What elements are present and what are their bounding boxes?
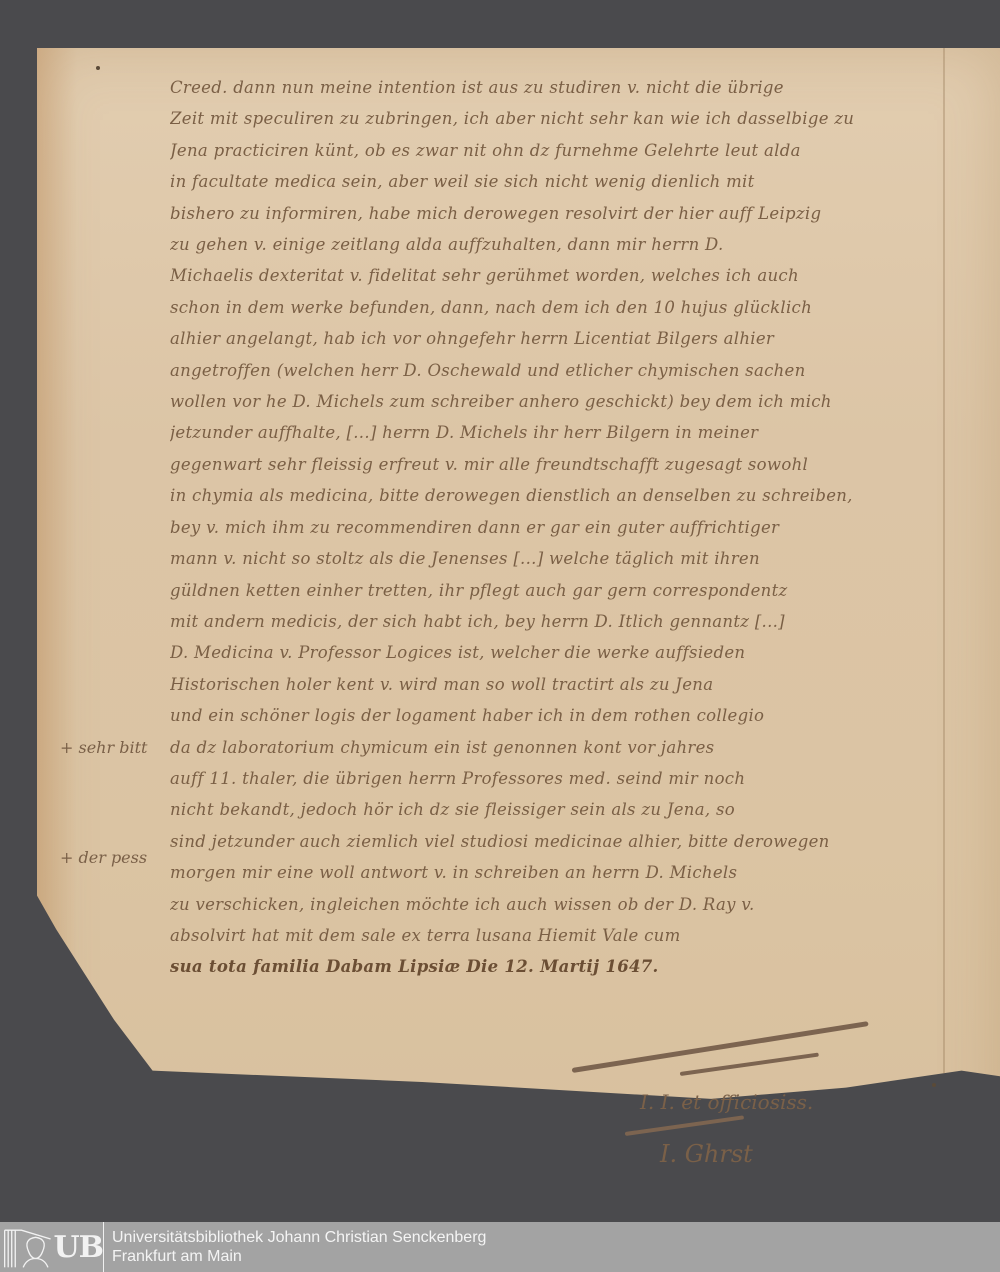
text-line: bishero zu informiren, habe mich deroweg…	[170, 198, 945, 229]
text-line: mit andern medicis, der sich habt ich, b…	[170, 606, 945, 637]
date-line: sua tota familia Dabam Lipsiæ Die 12. Ma…	[170, 951, 945, 982]
manuscript-text: Creed. dann nun meine intention ist aus …	[170, 72, 945, 983]
text-line: Zeit mit speculiren zu zubringen, ich ab…	[170, 103, 945, 134]
text-line: alhier angelangt, hab ich vor ohngefehr …	[170, 323, 945, 354]
text-line: angetroffen (welchen herr D. Oschewald u…	[170, 355, 945, 386]
text-line: sind jetzunder auch ziemlich viel studio…	[170, 826, 945, 857]
margin-note: + sehr bitt	[60, 738, 147, 757]
text-line: da dz laboratorium chymicum ein ist geno…	[170, 732, 945, 763]
text-line: Jena practiciren künt, ob es zwar nit oh…	[170, 135, 945, 166]
text-line: gegenwart sehr fleissig erfreut v. mir a…	[170, 449, 945, 480]
footer-bar: UB Universitätsbibliothek Johann Christi…	[0, 1222, 1000, 1272]
signature-line-1: I. I. et officiosiss.	[640, 1090, 813, 1114]
text-line: wollen vor he D. Michels zum schreiber a…	[170, 386, 945, 417]
text-line: in chymia als medicina, bitte derowegen …	[170, 480, 945, 511]
text-line: zu verschicken, ingleichen möchte ich au…	[170, 889, 945, 920]
text-line: morgen mir eine woll antwort v. in schre…	[170, 857, 945, 888]
text-line: schon in dem werke befunden, dann, nach …	[170, 292, 945, 323]
logo-text: UB	[53, 1230, 103, 1265]
text-line: güldnen ketten einher tretten, ihr pfleg…	[170, 575, 945, 606]
text-line: Creed. dann nun meine intention ist aus …	[170, 72, 945, 103]
text-line: auff 11. thaler, die übrigen herrn Profe…	[170, 763, 945, 794]
institution-line-1: Universitätsbibliothek Johann Christian …	[112, 1228, 486, 1247]
text-line: Michaelis dexteritat v. fidelitat sehr g…	[170, 260, 945, 291]
text-line: nicht bekandt, jedoch hör ich dz sie fle…	[170, 794, 945, 825]
signature-line-2: I. Ghrst	[660, 1140, 753, 1168]
ink-dot	[96, 66, 100, 70]
margin-note: + der pess	[60, 848, 147, 867]
text-line: mann v. nicht so stoltz als die Jenenses…	[170, 543, 945, 574]
text-line: und ein schöner logis der logament haber…	[170, 700, 945, 731]
portrait-icon	[2, 1224, 51, 1270]
text-line: jetzunder auffhalte, [...] herrn D. Mich…	[170, 417, 945, 448]
ink-dot	[932, 1083, 936, 1087]
institution-name: Universitätsbibliothek Johann Christian …	[112, 1228, 486, 1266]
paper-stain	[37, 48, 77, 1178]
text-line: in facultate medica sein, aber weil sie …	[170, 166, 945, 197]
image-viewer: Creed. dann nun meine intention ist aus …	[0, 0, 1000, 1222]
text-line: absolvirt hat mit dem sale ex terra lusa…	[170, 920, 945, 951]
text-line: D. Medicina v. Professor Logices ist, we…	[170, 637, 945, 668]
signature-flourish	[625, 1115, 744, 1136]
text-line: Historischen holer kent v. wird man so w…	[170, 669, 945, 700]
text-line: bey v. mich ihm zu recommendiren dann er…	[170, 512, 945, 543]
text-line: zu gehen v. einige zeitlang alda auffzuh…	[170, 229, 945, 260]
institution-line-2: Frankfurt am Main	[112, 1247, 486, 1266]
ub-logo[interactable]: UB	[0, 1222, 104, 1272]
